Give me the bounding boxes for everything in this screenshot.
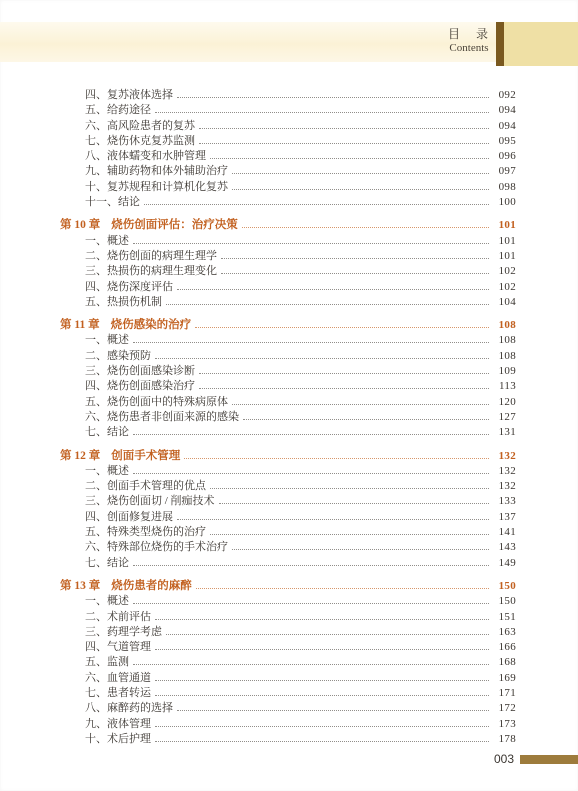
entry-label: 一、概述	[85, 592, 129, 608]
entry-label: 八、液体蠕变和水肿管理	[85, 147, 206, 163]
entry-page-number: 168	[492, 656, 516, 668]
entry-label: 九、液体管理	[85, 715, 151, 731]
toc-entry-row: 十、术后护理178	[60, 730, 516, 745]
chapter-page-number: 108	[492, 319, 516, 331]
dotted-leader	[144, 204, 489, 205]
entry-page-number: 171	[492, 687, 516, 699]
entry-page-number: 108	[492, 334, 516, 346]
entry-label: 七、结论	[85, 554, 129, 570]
header-accent-bar	[496, 22, 504, 66]
header-tan-block	[504, 22, 578, 66]
dotted-leader	[232, 404, 489, 405]
entry-label: 一、概述	[85, 232, 129, 248]
toc-section: 四、复苏液体选择092五、给药途径094六、高风险患者的复苏094七、烧伤休克复…	[60, 86, 516, 208]
entry-page-number: 151	[492, 611, 516, 623]
chapter-heading-row: 第 12 章创面手术管理132	[60, 447, 516, 462]
entry-page-number: 100	[492, 196, 516, 208]
dotted-leader	[133, 664, 489, 665]
toc-entry-row: 三、烧伤创面切 / 削痂技术133	[60, 492, 516, 507]
entry-page-number: 096	[492, 150, 516, 162]
entry-page-number: 097	[492, 165, 516, 177]
entry-label: 二、术前评估	[85, 608, 151, 624]
chapter-label: 第 10 章	[60, 216, 100, 232]
chapter-label: 第 12 章	[60, 447, 100, 463]
dotted-leader	[133, 603, 489, 604]
dotted-leader	[199, 388, 489, 389]
dotted-leader	[210, 158, 489, 159]
entry-page-number: 137	[492, 511, 516, 523]
dotted-leader	[232, 173, 489, 174]
dotted-leader	[155, 726, 489, 727]
dotted-leader	[155, 695, 489, 696]
entry-label: 七、患者转运	[85, 684, 151, 700]
toc-entry-row: 四、烧伤创面感染治疗113	[60, 377, 516, 392]
dotted-leader	[166, 634, 489, 635]
toc-section: 第 13 章烧伤患者的麻醉150一、概述150二、术前评估151三、药理学考虑1…	[60, 577, 516, 745]
entry-label: 五、给药途径	[85, 101, 151, 117]
entry-label: 九、辅助药物和体外辅助治疗	[85, 162, 228, 178]
dotted-leader	[232, 549, 489, 550]
entry-page-number: 098	[492, 181, 516, 193]
dotted-leader	[177, 289, 489, 290]
entry-label: 五、监测	[85, 653, 129, 669]
toc-entry-row: 七、结论131	[60, 423, 516, 438]
toc-entry-row: 二、术前评估151	[60, 608, 516, 623]
toc-entry-row: 八、液体蠕变和水肿管理096	[60, 147, 516, 162]
dotted-leader	[133, 342, 489, 343]
chapter-label: 第 13 章	[60, 577, 100, 593]
chapter-page-number: 101	[492, 219, 516, 231]
dotted-leader	[196, 588, 489, 589]
entry-page-number: 127	[492, 411, 516, 423]
toc-entry-row: 三、热损伤的病理生理变化102	[60, 262, 516, 277]
toc-section: 第 10 章烧伤创面评估：治疗决策101一、概述101二、烧伤创面的病理生理学1…	[60, 216, 516, 308]
entry-label: 十、复苏规程和计算机化复苏	[85, 178, 228, 194]
toc-entry-row: 六、烧伤患者非创面来源的感染127	[60, 408, 516, 423]
entry-page-number: 149	[492, 557, 516, 569]
dotted-leader	[243, 419, 489, 420]
dotted-leader	[232, 189, 489, 190]
entry-label: 四、烧伤深度评估	[85, 278, 173, 294]
entry-label: 三、烧伤创面切 / 削痂技术	[85, 492, 215, 508]
entry-page-number: 169	[492, 672, 516, 684]
header-title-chinese: 目 录	[448, 27, 490, 42]
entry-label: 十、术后护理	[85, 730, 151, 746]
header-titles: 目 录 Contents	[448, 27, 490, 56]
dotted-leader	[221, 273, 489, 274]
entry-label: 五、特殊类型烧伤的治疗	[85, 523, 206, 539]
dotted-leader	[210, 488, 489, 489]
entry-label: 六、烧伤患者非创面来源的感染	[85, 408, 239, 424]
entry-page-number: 108	[492, 350, 516, 362]
entry-page-number: 113	[492, 380, 516, 392]
toc-entry-row: 九、辅助药物和体外辅助治疗097	[60, 162, 516, 177]
toc-entry-row: 十一、结论100	[60, 193, 516, 208]
entry-label: 三、热损伤的病理生理变化	[85, 262, 217, 278]
entry-page-number: 132	[492, 480, 516, 492]
chapter-heading-row: 第 10 章烧伤创面评估：治疗决策101	[60, 216, 516, 231]
toc-entry-row: 二、感染预防108	[60, 347, 516, 362]
entry-page-number: 104	[492, 296, 516, 308]
footer-accent-bar	[520, 755, 578, 764]
dotted-leader	[155, 649, 489, 650]
toc-entry-row: 三、烧伤创面感染诊断109	[60, 362, 516, 377]
entry-label: 八、麻醉药的选择	[85, 699, 173, 715]
dotted-leader	[155, 358, 489, 359]
dotted-leader	[177, 97, 489, 98]
toc-entry-row: 七、烧伤休克复苏监测095	[60, 132, 516, 147]
entry-label: 三、药理学考虑	[85, 623, 162, 639]
entry-page-number: 102	[492, 265, 516, 277]
dotted-leader	[155, 112, 489, 113]
entry-page-number: 173	[492, 718, 516, 730]
entry-page-number: 131	[492, 426, 516, 438]
toc-entry-row: 四、创面修复进展137	[60, 508, 516, 523]
toc-entry-row: 五、给药途径094	[60, 101, 516, 116]
entry-label: 五、热损伤机制	[85, 293, 162, 309]
entry-page-number: 095	[492, 135, 516, 147]
entry-label: 十一、结论	[85, 193, 140, 209]
dotted-leader	[199, 373, 489, 374]
entry-page-number: 092	[492, 89, 516, 101]
dotted-leader	[166, 304, 489, 305]
entry-page-number: 120	[492, 396, 516, 408]
entry-label: 四、烧伤创面感染治疗	[85, 377, 195, 393]
dotted-leader	[195, 327, 489, 328]
entry-page-number: 143	[492, 541, 516, 553]
entry-page-number: 163	[492, 626, 516, 638]
chapter-title: 创面手术管理	[111, 447, 180, 463]
entry-label: 一、概述	[85, 462, 129, 478]
chapter-page-number: 132	[492, 450, 516, 462]
toc-entry-row: 五、监测168	[60, 653, 516, 668]
entry-page-number: 172	[492, 702, 516, 714]
entry-label: 四、创面修复进展	[85, 508, 173, 524]
entry-label: 六、血管通道	[85, 669, 151, 685]
dotted-leader	[221, 258, 489, 259]
toc-entry-row: 三、药理学考虑163	[60, 623, 516, 638]
toc-entry-row: 八、麻醉药的选择172	[60, 699, 516, 714]
toc-entry-row: 六、高风险患者的复苏094	[60, 117, 516, 132]
toc-entry-row: 四、复苏液体选择092	[60, 86, 516, 101]
entry-label: 二、烧伤创面的病理生理学	[85, 247, 217, 263]
dotted-leader	[219, 503, 489, 504]
chapter-page-number: 150	[492, 580, 516, 592]
chapter-title: 烧伤创面评估：治疗决策	[111, 216, 238, 232]
toc-entry-row: 五、特殊类型烧伤的治疗141	[60, 523, 516, 538]
dotted-leader	[155, 619, 489, 620]
dotted-leader	[177, 710, 489, 711]
toc-entry-row: 十、复苏规程和计算机化复苏098	[60, 178, 516, 193]
entry-label: 七、结论	[85, 423, 129, 439]
chapter-title: 烧伤患者的麻醉	[111, 577, 192, 593]
toc-section: 第 11 章烧伤感染的治疗108一、概述108二、感染预防108三、烧伤创面感染…	[60, 316, 516, 438]
chapter-label: 第 11 章	[60, 316, 100, 332]
dotted-leader	[133, 434, 489, 435]
entry-page-number: 132	[492, 465, 516, 477]
entry-page-number: 101	[492, 235, 516, 247]
dotted-leader	[199, 128, 489, 129]
page-header-band: 目 录 Contents	[0, 22, 578, 62]
toc-section: 第 12 章创面手术管理132一、概述132二、创面手术管理的优点132三、烧伤…	[60, 447, 516, 569]
entry-page-number: 178	[492, 733, 516, 745]
entry-page-number: 150	[492, 595, 516, 607]
dotted-leader	[155, 680, 489, 681]
entry-page-number: 102	[492, 281, 516, 293]
toc-entry-row: 一、概述150	[60, 592, 516, 607]
entry-page-number: 166	[492, 641, 516, 653]
entry-label: 四、气道管理	[85, 638, 151, 654]
header-title-english: Contents	[448, 42, 490, 56]
chapter-heading-row: 第 11 章烧伤感染的治疗108	[60, 316, 516, 331]
entry-page-number: 141	[492, 526, 516, 538]
entry-page-number: 109	[492, 365, 516, 377]
toc-entry-row: 二、创面手术管理的优点132	[60, 477, 516, 492]
entry-label: 六、高风险患者的复苏	[85, 117, 195, 133]
toc-entry-row: 六、血管通道169	[60, 669, 516, 684]
entry-page-number: 094	[492, 120, 516, 132]
entry-page-number: 101	[492, 250, 516, 262]
toc-entry-row: 七、结论149	[60, 554, 516, 569]
page-number-folio: 003	[494, 752, 514, 766]
entry-label: 五、烧伤创面中的特殊病原体	[85, 393, 228, 409]
toc-entry-row: 二、烧伤创面的病理生理学101	[60, 247, 516, 262]
entry-label: 四、复苏液体选择	[85, 86, 173, 102]
dotted-leader	[177, 519, 489, 520]
toc-entry-row: 九、液体管理173	[60, 715, 516, 730]
chapter-heading-row: 第 13 章烧伤患者的麻醉150	[60, 577, 516, 592]
toc-entry-row: 四、气道管理166	[60, 638, 516, 653]
entry-label: 一、概述	[85, 331, 129, 347]
chapter-title: 烧伤感染的治疗	[111, 316, 192, 332]
dotted-leader	[210, 534, 489, 535]
toc-entry-row: 五、热损伤机制104	[60, 293, 516, 308]
dotted-leader	[133, 243, 489, 244]
page-footer: 003	[0, 752, 578, 766]
toc-entry-row: 四、烧伤深度评估102	[60, 278, 516, 293]
dotted-leader	[133, 473, 489, 474]
toc-entry-row: 六、特殊部位烧伤的手术治疗143	[60, 538, 516, 553]
dotted-leader	[155, 741, 489, 742]
entry-label: 三、烧伤创面感染诊断	[85, 362, 195, 378]
toc-entry-row: 一、概述132	[60, 462, 516, 477]
entry-page-number: 133	[492, 495, 516, 507]
dotted-leader	[133, 565, 489, 566]
toc-entry-row: 五、烧伤创面中的特殊病原体120	[60, 393, 516, 408]
toc-entry-row: 一、概述101	[60, 232, 516, 247]
entry-label: 二、感染预防	[85, 347, 151, 363]
toc-list: 四、复苏液体选择092五、给药途径094六、高风险患者的复苏094七、烧伤休克复…	[60, 86, 516, 745]
dotted-leader	[199, 143, 489, 144]
toc-entry-row: 一、概述108	[60, 331, 516, 346]
entry-page-number: 094	[492, 104, 516, 116]
dotted-leader	[242, 227, 489, 228]
entry-label: 二、创面手术管理的优点	[85, 477, 206, 493]
dotted-leader	[184, 458, 489, 459]
toc-entry-row: 七、患者转运171	[60, 684, 516, 699]
entry-label: 六、特殊部位烧伤的手术治疗	[85, 538, 228, 554]
entry-label: 七、烧伤休克复苏监测	[85, 132, 195, 148]
